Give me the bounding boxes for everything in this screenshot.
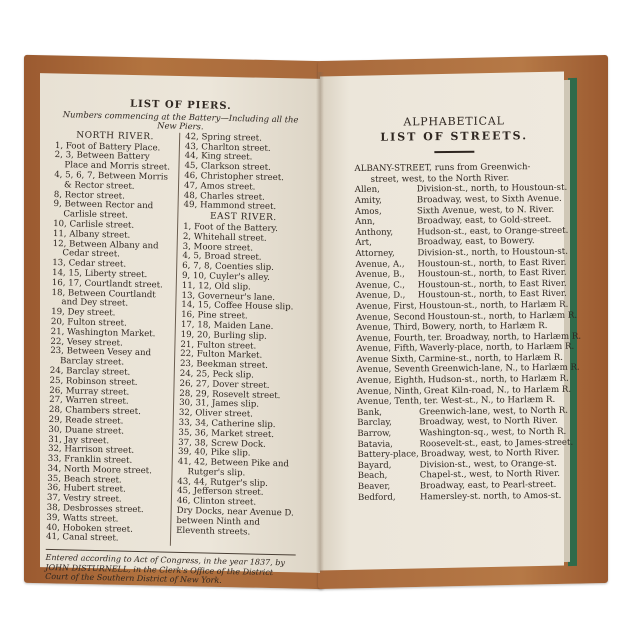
first-street-name: ALBANY-STREET, bbox=[354, 163, 432, 174]
street-name: Allen, bbox=[355, 185, 417, 196]
street-name: Avenue Sixth, bbox=[356, 354, 416, 365]
street-name: Batavia, bbox=[357, 439, 419, 450]
streets-title-line1: ALPHABETICAL bbox=[354, 116, 554, 129]
street-name: Bedford, bbox=[358, 492, 420, 503]
east-river-list: 1, Foot of the Battery.2, Whitehall stre… bbox=[177, 223, 303, 510]
street-name: Avenue, Fourth, bbox=[356, 333, 426, 344]
street-name: Barclay, bbox=[357, 418, 419, 429]
street-name: Beach, bbox=[358, 471, 420, 482]
street-name: Beaver, bbox=[358, 481, 420, 492]
street-name: Avenue, Eighth, bbox=[357, 375, 426, 386]
street-name: Avenue, Seventh bbox=[357, 365, 430, 376]
pier-list-item: 41, Canal street. bbox=[46, 533, 166, 546]
street-name: Avenue, C., bbox=[356, 280, 418, 291]
continued-column: 42, Spring street.43, Charlton street.44… bbox=[171, 133, 305, 549]
street-name: Avenue, Ninth, bbox=[357, 386, 422, 397]
north-river-continued-list: 42, Spring street.43, Charlton street.44… bbox=[183, 133, 305, 214]
street-name: Avenue, Fifth, bbox=[356, 344, 417, 355]
copyright-footer: Entered according to Act of Congress, in… bbox=[45, 549, 296, 587]
street-name: Attorney, bbox=[355, 248, 417, 259]
book-gutter bbox=[316, 72, 324, 572]
dry-docks-note: Dry Docks, near Avenue D. between Ninth … bbox=[176, 507, 297, 539]
streets-title-line2: LIST OF STREETS. bbox=[354, 130, 554, 143]
street-name: Amos, bbox=[355, 206, 417, 217]
street-name: Anthony, bbox=[355, 227, 417, 238]
street-name: Avenue, A., bbox=[355, 259, 417, 270]
street-name: Avenue, B., bbox=[356, 269, 418, 280]
street-name: Avenue, Tenth, bbox=[357, 397, 422, 408]
street-name: Bank, bbox=[357, 407, 419, 418]
street-name: Avenue, First, bbox=[356, 301, 417, 312]
north-river-list: 1, Foot of Battery Place.2, 3, Between B… bbox=[46, 142, 175, 546]
street-description: Hamersley-st. north, to Amos-st. bbox=[420, 490, 561, 502]
street-list: Allen,Division-st., north, to Houstoun-s… bbox=[355, 183, 558, 503]
street-name: Avenue, Third, bbox=[356, 322, 420, 333]
street-name: Battery-place, bbox=[357, 450, 418, 461]
title-rule bbox=[434, 151, 474, 153]
street-entry: Bedford,Hamersley-st. north, to Amos-st. bbox=[358, 490, 558, 503]
street-name: Bayard, bbox=[358, 460, 420, 471]
street-name: Ann, bbox=[355, 217, 417, 228]
street-name: Barrow, bbox=[357, 428, 419, 439]
north-river-column: NORTH RIVER. 1, Foot of Battery Place.2,… bbox=[46, 130, 180, 546]
street-name: Avenue, D., bbox=[356, 291, 418, 302]
street-name: Amity, bbox=[355, 195, 417, 206]
first-street-entry: ALBANY-STREET, runs from Greenwich-stree… bbox=[354, 162, 554, 185]
street-name: Art, bbox=[355, 238, 417, 249]
street-name: Avenue, Second bbox=[356, 312, 426, 323]
left-page-text: LIST OF PIERS. Numbers commencing at the… bbox=[45, 98, 306, 587]
right-page-text: ALPHABETICAL LIST OF STREETS. ALBANY-STR… bbox=[354, 116, 558, 503]
